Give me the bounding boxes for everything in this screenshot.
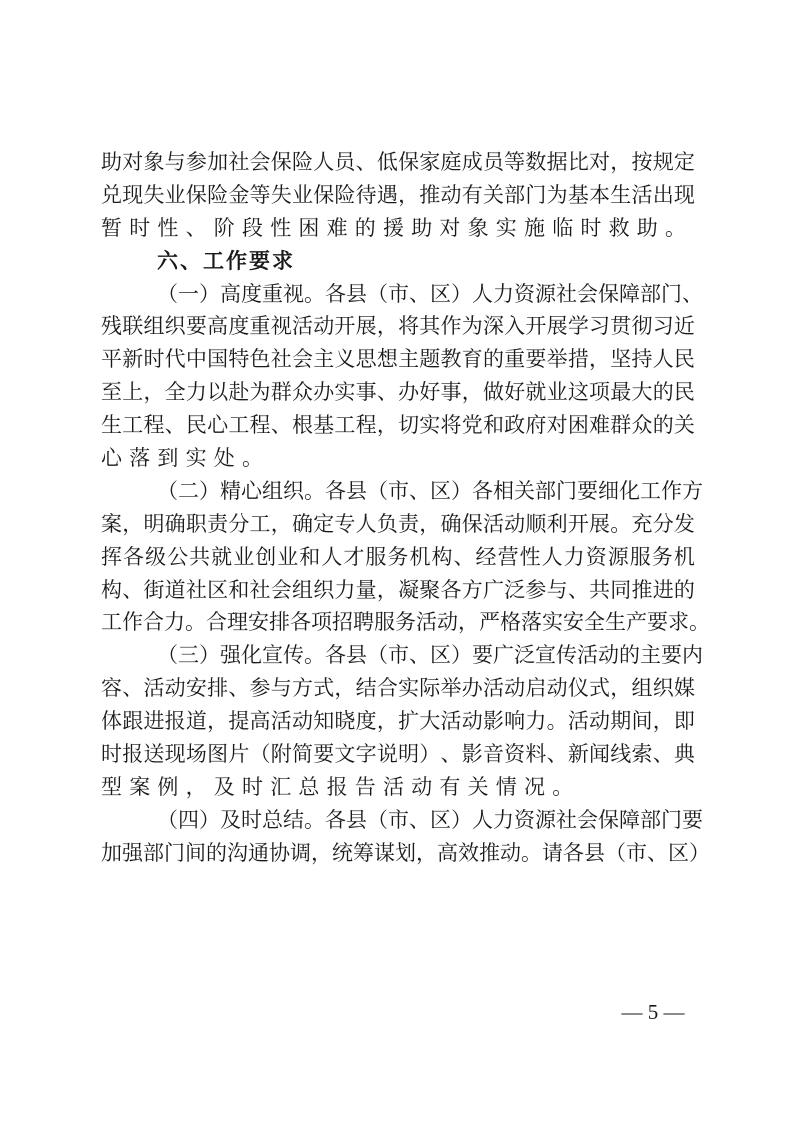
text-line: 加强部门间的沟通协调，统筹谋划，高效推动。请各县（市、区）: [101, 837, 695, 870]
text-line: （一）高度重视。各县（市、区）人力资源社会保障部门、: [101, 278, 695, 311]
page-number: — 5 —: [618, 1000, 688, 1025]
text-line: （三）强化宣传。各县（市、区）要广泛宣传活动的主要内: [101, 639, 695, 672]
text-line: （二）精心组织。各县（市、区）各相关部门要细化工作方: [101, 475, 695, 508]
text-line: （四）及时总结。各县（市、区）人力资源社会保障部门要: [101, 804, 695, 837]
text-line: 构、街道社区和社会组织力量，凝聚各方广泛参与、共同推进的: [101, 574, 695, 607]
text-line: 平新时代中国特色社会主义思想主题教育的重要举措，坚持人民: [101, 343, 695, 376]
text-line: 案，明确职责分工，确定专人负责，确保活动顺利开展。充分发: [101, 508, 695, 541]
text-line: 至上，全力以赴为群众办实事、办好事，做好就业这项最大的民: [101, 376, 695, 409]
document-page: 助对象与参加社会保险人员、低保家庭成员等数据比对，按规定 兑现失业保险金等失业保…: [0, 0, 793, 1122]
text-line: 挥各级公共就业创业和人才服务机构、经营性人力资源服务机: [101, 541, 695, 574]
section-heading: 六、工作要求: [101, 245, 695, 278]
text-line: 心落到实处。: [101, 442, 695, 475]
text-line: 暂时性、阶段性困难的援助对象实施临时救助。: [101, 212, 695, 245]
text-line: 时报送现场图片（附简要文字说明）、影音资料、新闻线索、典: [101, 738, 695, 771]
text-line: 生工程、民心工程、根基工程，切实将党和政府对困难群众的关: [101, 409, 695, 442]
text-line: 工作合力。合理安排各项招聘服务活动，严格落实安全生产要求。: [101, 606, 695, 639]
text-line: 助对象与参加社会保险人员、低保家庭成员等数据比对，按规定: [101, 146, 695, 179]
document-body: 助对象与参加社会保险人员、低保家庭成员等数据比对，按规定 兑现失业保险金等失业保…: [101, 146, 695, 870]
text-line: 兑现失业保险金等失业保险待遇，推动有关部门为基本生活出现: [101, 179, 695, 212]
text-line: 容、活动安排、参与方式，结合实际举办活动启动仪式，组织媒: [101, 672, 695, 705]
text-line: 体跟进报道，提高活动知晓度，扩大活动影响力。活动期间，即: [101, 705, 695, 738]
text-line: 型案例，及时汇总报告活动有关情况。: [101, 771, 695, 804]
text-line: 残联组织要高度重视活动开展，将其作为深入开展学习贯彻习近: [101, 310, 695, 343]
